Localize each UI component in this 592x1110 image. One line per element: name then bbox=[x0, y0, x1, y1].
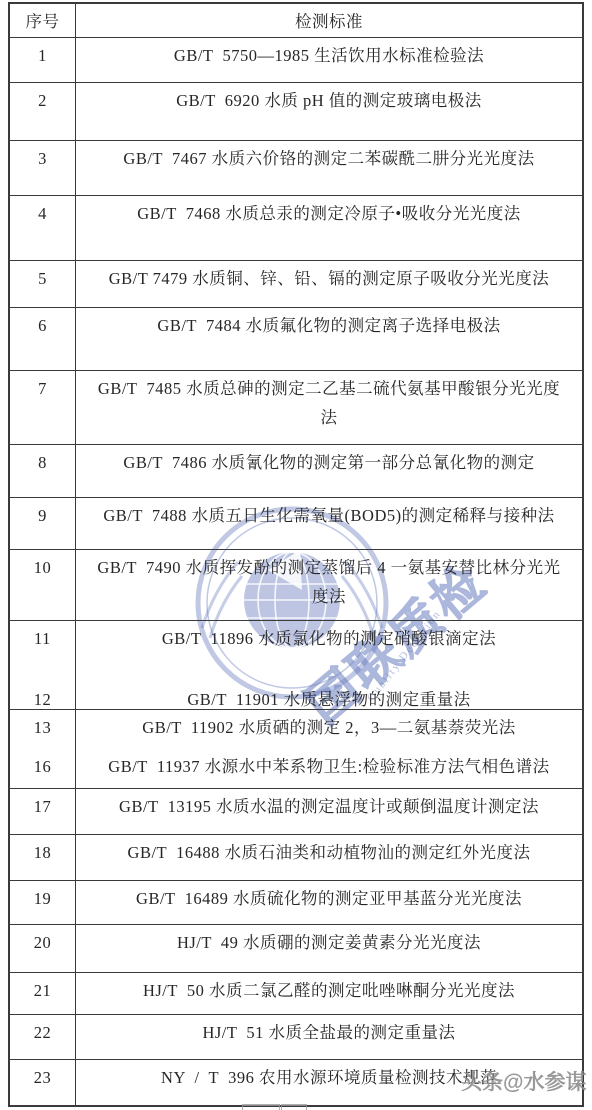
header-standard: 检测标准 bbox=[76, 4, 582, 37]
row-serial-number: 3 bbox=[10, 141, 76, 195]
row-standard-text: GB/T 7468 水质总汞的测定冷原子•吸收分光光度法 bbox=[76, 196, 582, 260]
table-row: 9 GB/T 7488 水质五日生化需氧量(BOD5)的测定稀释与接种法 bbox=[10, 497, 582, 549]
row-serial-number: 12 bbox=[10, 682, 76, 709]
row-standard-text: GB/T 7488 水质五日生化需氧量(BOD5)的测定稀释与接种法 bbox=[76, 498, 582, 549]
row-serial-number: 10 bbox=[10, 550, 76, 620]
row-standard-text: GB/T 7485 水质总砷的测定二乙基二硫代氨基甲酸银分光光度 法 bbox=[76, 371, 582, 444]
table-row: 3 GB/T 7467 水质六价铬的测定二苯碳酰二肼分光光度法 bbox=[10, 140, 582, 195]
row-serial-number: 6 bbox=[10, 308, 76, 370]
row-standard-text: NY / T 396 农用水源环境质量检测技术规范 bbox=[76, 1060, 582, 1105]
row-standard-text: GB/T 11902 水质硒的测定 2，3—二氨基萘荧光法 bbox=[76, 710, 582, 749]
table-row: 23 NY / T 396 农用水源环境质量检测技术规范 bbox=[10, 1059, 582, 1105]
table-row: 1 GB/T 5750—1985 生活饮用水标准检验法 bbox=[10, 37, 582, 82]
row-serial-number: 20 bbox=[10, 925, 76, 972]
row-standard-text: GB/T 7486 水质氰化物的测定第一部分总氰化物的测定 bbox=[76, 445, 582, 497]
row-serial-number: 17 bbox=[10, 789, 76, 834]
table-row: 4 GB/T 7468 水质总汞的测定冷原子•吸收分光光度法 bbox=[10, 195, 582, 260]
row-standard-text: GB/T 11901 水质悬浮物的测定重量法 bbox=[76, 682, 582, 709]
row-serial-number: 11 bbox=[10, 621, 76, 682]
row-standard-text: GB/T 11937 水源水中苯系物卫生:检验标准方法气相色谱法 bbox=[76, 749, 582, 788]
row-standard-text: HJ/T 51 水质全盐最的测定重量法 bbox=[76, 1015, 582, 1059]
table-row: 2 GB/T 6920 水质 pH 值的测定玻璃电极法 bbox=[10, 82, 582, 140]
cropped-text-fragment bbox=[281, 1104, 307, 1110]
row-standard-text: GB/T 11896 水质氯化物的测定硝酸银滴定法 bbox=[76, 621, 582, 682]
row-standard-text: GB/T 5750—1985 生活饮用水标准检验法 bbox=[76, 38, 582, 82]
table-row: 19 GB/T 16489 水质硫化物的测定亚甲基蓝分光光度法 bbox=[10, 880, 582, 924]
row-serial-number: 21 bbox=[10, 973, 76, 1014]
table-row: 12 GB/T 11901 水质悬浮物的测定重量法 bbox=[10, 682, 582, 709]
table-row: 18 GB/T 16488 水质石油类和动植物汕的测定红外光度法 bbox=[10, 834, 582, 880]
table-row: 17 GB/T 13195 水质水温的测定温度计或颠倒温度计测定法 bbox=[10, 788, 582, 834]
table-body: 1 GB/T 5750—1985 生活饮用水标准检验法 2 GB/T 6920 … bbox=[10, 37, 582, 1105]
row-standard-text: GB/T 13195 水质水温的测定温度计或颠倒温度计测定法 bbox=[76, 789, 582, 834]
row-standard-text: GB/T 16489 水质硫化物的测定亚甲基蓝分光光度法 bbox=[76, 881, 582, 924]
row-serial-number: 8 bbox=[10, 445, 76, 497]
cropped-text-fragment bbox=[242, 1104, 280, 1110]
row-serial-number: 16 bbox=[10, 749, 76, 788]
table-row: 20 HJ/T 49 水质硼的测定姜黄素分光光度法 bbox=[10, 924, 582, 972]
row-standard-text: GB/T 7479 水质铜、锌、铅、镉的测定原子吸收分光光度法 bbox=[76, 261, 582, 307]
table-row: 5 GB/T 7479 水质铜、锌、铅、镉的测定原子吸收分光光度法 bbox=[10, 260, 582, 307]
row-standard-text: GB/T 7484 水质氟化物的测定离子选择电极法 bbox=[76, 308, 582, 370]
table-row: 16 GB/T 11937 水源水中苯系物卫生:检验标准方法气相色谱法 bbox=[10, 749, 582, 788]
row-standard-text: GB/T 16488 水质石油类和动植物汕的测定红外光度法 bbox=[76, 835, 582, 880]
table-row: 7 GB/T 7485 水质总砷的测定二乙基二硫代氨基甲酸银分光光度 法 bbox=[10, 370, 582, 444]
row-serial-number: 7 bbox=[10, 371, 76, 444]
table-row: 21 HJ/T 50 水质二氯乙醛的测定吡唑啉酮分光光度法 bbox=[10, 972, 582, 1014]
row-standard-text: GB/T 7490 水质挥发酚的测定蒸馏后 4 一氨基安替比林分光光 度法 bbox=[76, 550, 582, 620]
row-standard-text: HJ/T 50 水质二氯乙醛的测定吡唑啉酮分光光度法 bbox=[76, 973, 582, 1014]
row-serial-number: 1 bbox=[10, 38, 76, 82]
table-row: 10 GB/T 7490 水质挥发酚的测定蒸馏后 4 一氨基安替比林分光光 度法 bbox=[10, 549, 582, 620]
table-row: 13 GB/T 11902 水质硒的测定 2，3—二氨基萘荧光法 bbox=[10, 709, 582, 749]
row-serial-number: 4 bbox=[10, 196, 76, 260]
table-header-row: 序号 检测标准 bbox=[10, 4, 582, 37]
row-serial-number: 19 bbox=[10, 881, 76, 924]
table-row: 6 GB/T 7484 水质氟化物的测定离子选择电极法 bbox=[10, 307, 582, 370]
row-serial-number: 13 bbox=[10, 710, 76, 749]
header-serial-number: 序号 bbox=[10, 4, 76, 37]
table-row: 11 GB/T 11896 水质氯化物的测定硝酸银滴定法 bbox=[10, 620, 582, 682]
table-row: 22 HJ/T 51 水质全盐最的测定重量法 bbox=[10, 1014, 582, 1059]
table-row: 8 GB/T 7486 水质氰化物的测定第一部分总氰化物的测定 bbox=[10, 444, 582, 497]
row-serial-number: 22 bbox=[10, 1015, 76, 1059]
row-serial-number: 23 bbox=[10, 1060, 76, 1105]
row-serial-number: 18 bbox=[10, 835, 76, 880]
row-serial-number: 9 bbox=[10, 498, 76, 549]
row-serial-number: 5 bbox=[10, 261, 76, 307]
row-serial-number: 2 bbox=[10, 83, 76, 140]
row-standard-text: HJ/T 49 水质硼的测定姜黄素分光光度法 bbox=[76, 925, 582, 972]
row-standard-text: GB/T 7467 水质六价铬的测定二苯碳酰二肼分光光度法 bbox=[76, 141, 582, 195]
row-standard-text: GB/T 6920 水质 pH 值的测定玻璃电极法 bbox=[76, 83, 582, 140]
standards-table: 序号 检测标准 1 GB/T 5750—1985 生活饮用水标准检验法 2 GB… bbox=[8, 2, 584, 1107]
